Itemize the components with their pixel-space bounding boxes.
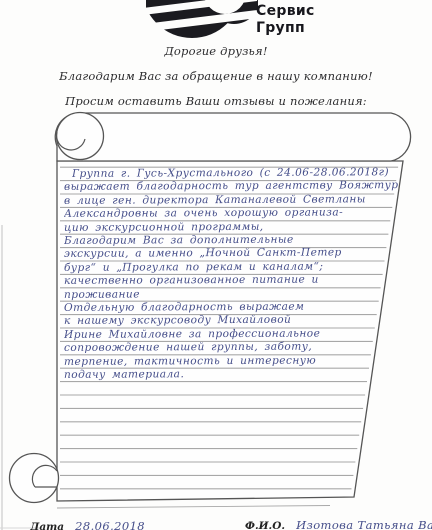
handwritten-line: Александровны за очень хорошую организа- [64, 206, 402, 221]
footer-date: Дата 28.06.2018 [30, 515, 145, 530]
footer-name: Ф.И.О. Изотова Татьяна Васильевна [245, 514, 432, 530]
handwriting-lines: Группа г. Гусь-Хрустального (с 24.06-28.… [64, 167, 404, 387]
handwritten-line: подачу материала. [64, 367, 402, 382]
name-label: Ф.И.О. [245, 520, 285, 530]
handwritten-line: качественно организованное питание и [64, 273, 402, 288]
scanned-feedback-page: Сан Сервис Групп Дорогие друзья! Благода… [0, 0, 432, 530]
date-value: 28.06.2018 [75, 519, 145, 530]
date-label: Дата [30, 521, 64, 530]
name-value: Изотова Татьяна Васильевна [296, 518, 432, 530]
handwritten-line: сопровождение нашей группы, заботу, [64, 340, 402, 355]
